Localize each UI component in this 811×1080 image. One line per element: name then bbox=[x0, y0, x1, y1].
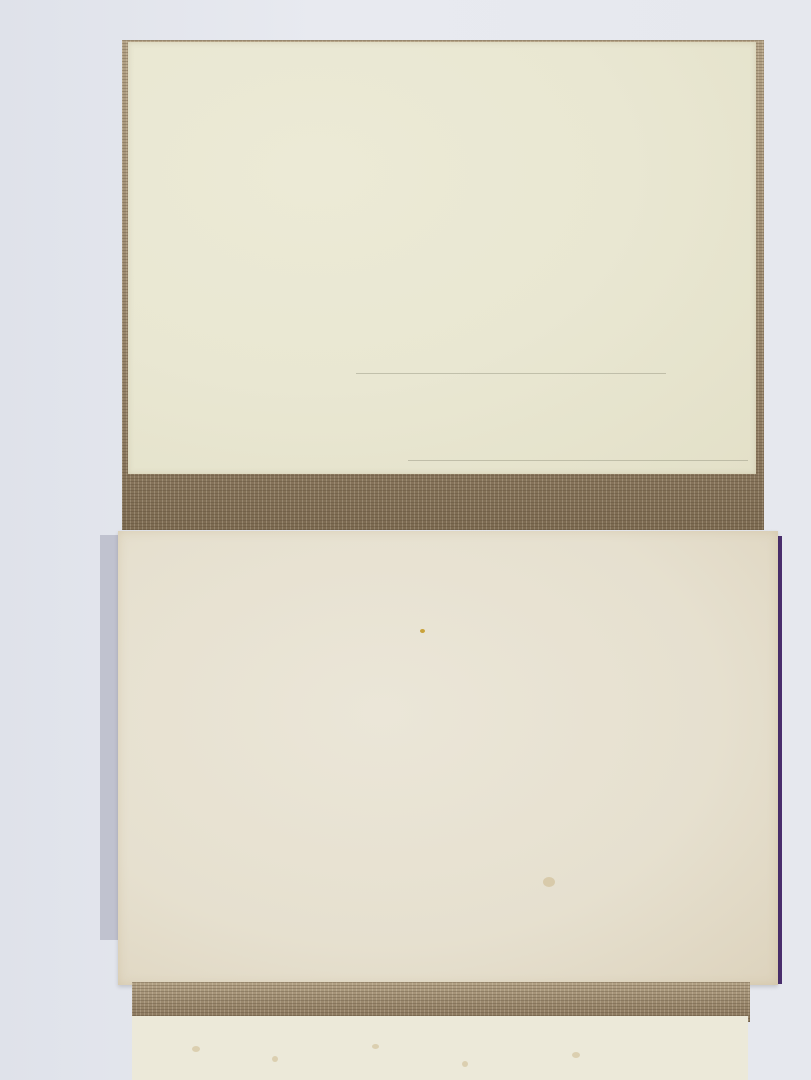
faint-ruled-line bbox=[356, 373, 666, 374]
faint-ruled-line bbox=[408, 460, 748, 461]
foxing-spot bbox=[192, 1046, 200, 1052]
foxing-spot bbox=[372, 1044, 379, 1049]
album-page-top bbox=[128, 42, 756, 474]
album-page-middle bbox=[118, 531, 778, 985]
album-page-bottom bbox=[132, 1016, 748, 1080]
stain-spot bbox=[420, 629, 425, 633]
stain-spot bbox=[543, 877, 555, 887]
foxing-spot bbox=[572, 1052, 580, 1058]
foxing-spot bbox=[272, 1056, 278, 1062]
foxing-spot bbox=[462, 1061, 468, 1067]
